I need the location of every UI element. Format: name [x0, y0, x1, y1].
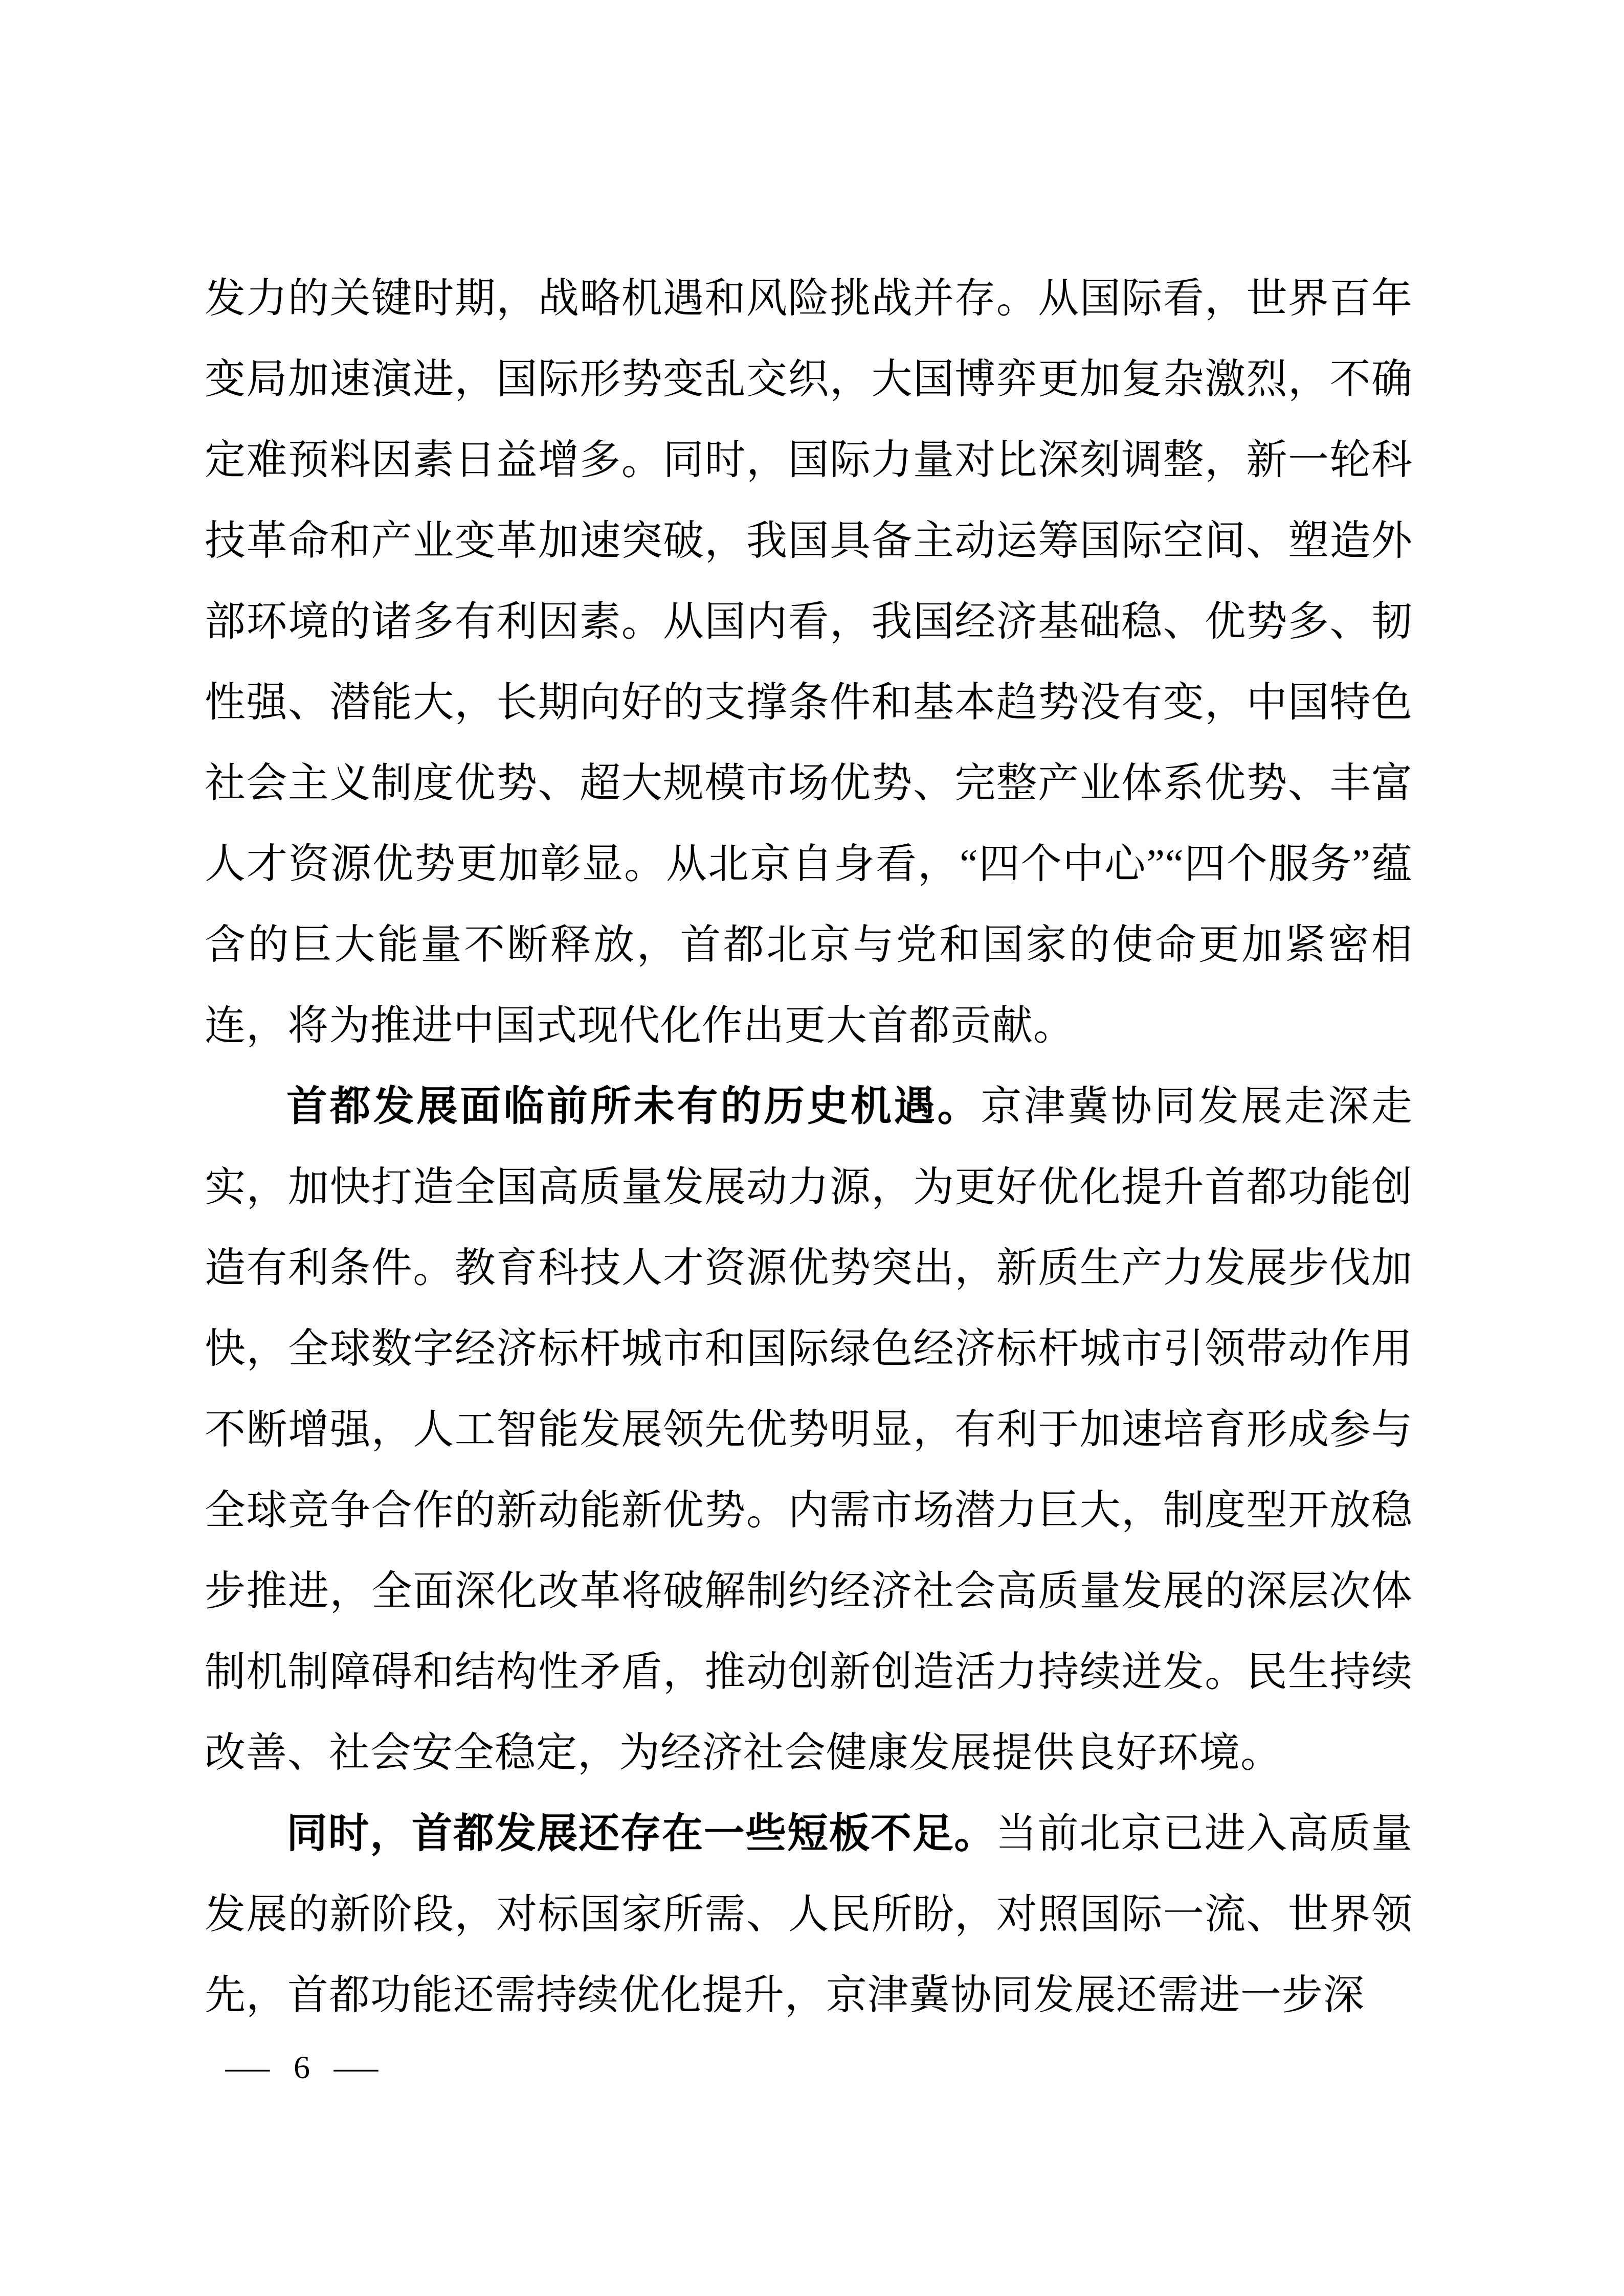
paragraph: 同时，首都发展还存在一些短板不足。当前北京已进入高质量发展的新阶段，对标国家所需… — [205, 1793, 1413, 2036]
paragraph: 发力的关键时期，战略机遇和风险挑战并存。从国际看，世界百年变局加速演进，国际形势… — [205, 258, 1413, 1066]
page-number: 6 — [294, 2044, 310, 2090]
paragraph-lead: 同时，首都发展还存在一些短板不足。 — [286, 1811, 996, 1856]
document-page: 发力的关键时期，战略机遇和风险挑战并存。从国际看，世界百年变局加速演进，国际形势… — [0, 0, 1624, 2296]
page-footer: —6— — [231, 2044, 372, 2090]
paragraph-text: 京津冀协同发展走深走实，加快打造全国高质量发展动力源，为更好优化提升首都功能创造… — [205, 1084, 1413, 1775]
footer-dash-left: — — [226, 2044, 270, 2090]
paragraph-lead: 首都发展面临前所未有的历史机遇。 — [286, 1084, 981, 1129]
document-text-body: 发力的关键时期，战略机遇和风险挑战并存。从国际看，世界百年变局加速演进，国际形势… — [205, 258, 1413, 2036]
paragraph-text: 发力的关键时期，战略机遇和风险挑战并存。从国际看，世界百年变局加速演进，国际形势… — [205, 276, 1413, 1048]
footer-dash-right: — — [334, 2044, 378, 2090]
paragraph: 首都发展面临前所未有的历史机遇。京津冀协同发展走深走实，加快打造全国高质量发展动… — [205, 1066, 1413, 1793]
